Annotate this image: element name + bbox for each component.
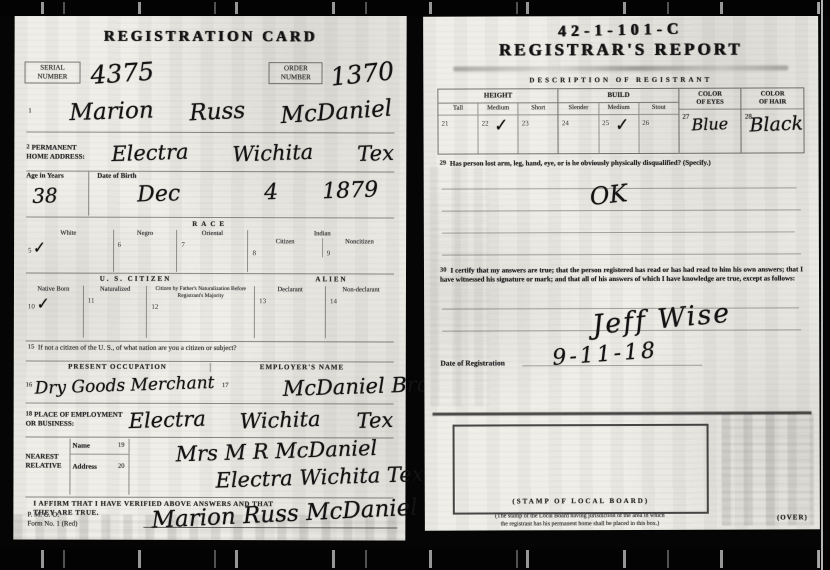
- build-medium-label: Medium: [599, 103, 638, 115]
- race-col-white: White 5 ✓: [24, 230, 113, 272]
- relative-label-line2: RELATIVE: [25, 461, 61, 469]
- registration-card-title: REGISTRATION CARD: [15, 28, 407, 46]
- employer-value: McDaniel Bros: [282, 372, 440, 401]
- item30-row: 30 I certify that my answers are true; t…: [440, 265, 803, 284]
- race-citizen-number: 8: [252, 249, 256, 257]
- hair-header: COLOR OF HAIR: [742, 88, 804, 109]
- answer-line: [442, 209, 801, 211]
- ruled-line: [26, 132, 394, 134]
- employment-label: 18PLACE OF EMPLOYMENT OR BUSINESS:: [26, 411, 123, 429]
- stamp-caption-line2: the registrant has his permanent home sh…: [501, 520, 660, 527]
- address-state: Tex: [357, 141, 394, 166]
- relative-name-label: Name: [73, 442, 91, 450]
- form-footer: P. M. G. O. Form No. 1 (Red): [27, 511, 77, 529]
- registration-card: REGISTRATION CARD SERIAL NUMBER 4375 ORD…: [13, 10, 406, 540]
- employer-number: 17: [222, 382, 229, 390]
- age-label: Age in Years: [26, 172, 88, 181]
- faded-print-smudge: [453, 65, 788, 71]
- race-col-oriental: Oriental 7: [176, 230, 247, 272]
- relative-values: Mrs M R McDaniel Electra Wichita Tex: [129, 439, 393, 496]
- date-of-registration-label: Date of Registration: [440, 358, 505, 368]
- description-header: DESCRIPTION OF REGISTRANT: [423, 75, 818, 85]
- employment-number: 18: [26, 411, 33, 418]
- citizen-col-native: Native Born 10 ✓: [24, 286, 83, 338]
- race-citizen-label: Citizen: [248, 238, 321, 246]
- race-col-citizen: Citizen 8: [248, 238, 322, 257]
- employment-county: Wichita: [240, 407, 322, 434]
- build-medium-cell: Medium 25 ✓: [599, 103, 639, 153]
- height-short-cell: Short 23: [519, 103, 558, 153]
- item29-number: 29: [440, 160, 447, 167]
- relative-name-sublabel: Name 19: [71, 439, 129, 455]
- item15-number: 15: [28, 344, 35, 351]
- address-county: Wichita: [232, 140, 314, 167]
- dob-month: Dec: [137, 181, 181, 207]
- address-label-text: PERMANENT HOME ADDRESS:: [26, 144, 85, 161]
- checkmark-icon: ✓: [615, 116, 629, 134]
- serial-label-line1: SERIAL: [40, 64, 65, 72]
- answer-line: [442, 231, 795, 233]
- occupation-value: Dry Goods Merchant: [34, 373, 214, 399]
- item15-text: If not a citizen of the U. S., of what n…: [38, 344, 236, 353]
- checkmark-icon: ✓: [33, 240, 46, 257]
- height-tall-cell: Tall 21: [438, 103, 478, 153]
- ruled-line: [26, 217, 394, 219]
- race-oriental-label: Oriental: [177, 230, 247, 238]
- tall-label: Tall: [438, 103, 477, 115]
- age-dob-row: Age in Years 38 Date of Birth Dec 4 1879: [14, 171, 406, 216]
- eyes-header-line1: COLOR: [698, 91, 722, 98]
- employment-row: 18PLACE OF EMPLOYMENT OR BUSINESS: Elect…: [14, 404, 406, 435]
- relative-address-number: 20: [118, 463, 125, 471]
- order-label-line2: NUMBER: [281, 73, 311, 81]
- home-address-row: 2PERMANENT HOME ADDRESS: Electra Wichita…: [14, 134, 406, 171]
- citizen-col-father: Citizen by Father's Naturalization Befor…: [146, 286, 254, 338]
- hair-value-cell: 28 Black: [742, 110, 804, 153]
- hair-header-line2: OF HAIR: [759, 99, 786, 106]
- race-header: RACE: [14, 219, 406, 229]
- height-medium-number: 22: [482, 119, 489, 127]
- occupation-number: 16: [26, 381, 33, 389]
- order-number-value: 1370: [330, 56, 396, 91]
- occupation-employer-values: 16 Dry Goods Merchant 17 McDaniel Bros: [26, 371, 394, 402]
- native-born-label: Native Born: [24, 286, 83, 294]
- citizen-col-nondeclarant: Non-declarant 14: [325, 286, 396, 338]
- scan-noise-patch: [721, 413, 813, 525]
- answer-line: [442, 253, 801, 255]
- heavy-divider-line: [432, 411, 811, 415]
- stout-number: 26: [642, 119, 649, 127]
- checkmark-icon: ✓: [494, 116, 508, 134]
- over-label: (OVER): [777, 513, 808, 522]
- build-stout-cell: Stout 26: [639, 103, 678, 153]
- race-white-number: 5: [28, 247, 32, 255]
- race-table: White 5 ✓ Negro 6 Oriental 7 Indian Citi…: [24, 230, 396, 273]
- employment-city: Electra: [128, 407, 206, 433]
- hair-value: Black: [750, 113, 804, 137]
- local-board-stamp-box: (STAMP OF LOCAL BOARD): [453, 424, 709, 515]
- registrars-report-title: REGISTRAR'S REPORT: [423, 39, 818, 60]
- film-edge-line: [821, 0, 823, 570]
- name-first: Marion: [69, 97, 154, 126]
- date-of-registration-value: 9-11-18: [552, 338, 659, 371]
- serial-label-line2: NUMBER: [38, 73, 68, 81]
- race-negro-label: Negro: [114, 230, 177, 238]
- relative-name-number: 19: [118, 442, 125, 450]
- form-footer-line2: Form No. 1 (Red): [27, 519, 77, 527]
- eyes-header: COLOR OF EYES: [679, 89, 741, 110]
- serial-number-label: SERIAL NUMBER: [25, 62, 81, 84]
- build-slender-cell: Slender 24: [559, 103, 599, 153]
- item30-number: 30: [440, 267, 447, 274]
- relative-addr-sublabel: Address 20: [70, 454, 128, 471]
- item29-text: Has person lost arm, leg, hand, eye, or …: [450, 159, 711, 168]
- item15-row: 15 If not a citizen of the U. S., of wha…: [28, 344, 392, 354]
- home-address-label: 2PERMANENT HOME ADDRESS:: [26, 144, 93, 162]
- relative-sublabels: Name 19 Address 20: [69, 439, 129, 495]
- film-edge-marks: [0, 550, 830, 568]
- relative-address-value: Electra Wichita Tex: [215, 462, 424, 493]
- citizen-father-label: Citizen by Father's Naturalization Befor…: [147, 286, 254, 300]
- employment-state: Tex: [357, 408, 394, 433]
- hair-group: COLOR OF HAIR 28 Black: [742, 88, 804, 152]
- citizen-father-number: 12: [151, 303, 158, 311]
- age-cell: Age in Years 38: [26, 172, 89, 216]
- registrar-signature: Jeff Wise: [591, 298, 732, 341]
- height-header: HEIGHT: [438, 89, 558, 103]
- race-col-negro: Negro 6: [113, 230, 177, 272]
- eyes-value: Blue: [691, 114, 728, 134]
- build-group: BUILD Slender 24 Medium 25 ✓ Stout 26: [559, 89, 680, 153]
- film-edge-marks: [0, 2, 830, 14]
- alien-header: ALIEN: [257, 275, 406, 284]
- dob-cell: Date of Birth Dec 4 1879: [89, 172, 394, 217]
- build-medium-number: 25: [602, 119, 609, 127]
- declarant-number: 13: [259, 297, 266, 305]
- citizen-col-naturalized: Naturalized 11: [83, 286, 147, 338]
- height-group: HEIGHT Tall 21 Medium 22 ✓ Short 23: [438, 89, 559, 153]
- order-number-label: ORDER NUMBER: [269, 62, 323, 84]
- race-noncitizen-label: Noncitizen: [323, 238, 396, 246]
- nondeclarant-number: 14: [330, 297, 337, 305]
- citizen-table: Native Born 10 ✓ Naturalized 11 Citizen …: [24, 286, 396, 339]
- height-medium-label: Medium: [479, 103, 518, 115]
- nondeclarant-label: Non-declarant: [326, 286, 396, 294]
- native-born-number: 10: [28, 303, 35, 311]
- short-number: 23: [522, 119, 529, 127]
- race-noncitizen-number: 9: [327, 250, 331, 258]
- item29-row: 29 Has person lost arm, leg, hand, eye, …: [440, 158, 803, 168]
- microfilm-scan: REGISTRATION CARD SERIAL NUMBER 4375 ORD…: [0, 0, 830, 570]
- slender-number: 24: [562, 119, 569, 127]
- description-table: HEIGHT Tall 21 Medium 22 ✓ Short 23: [437, 87, 804, 154]
- stamp-caption-line1: (The stamp of the Local Board having jur…: [495, 513, 665, 520]
- nearest-relative-label: NEAREST RELATIVE: [25, 439, 69, 495]
- address-item-number: 2: [26, 144, 29, 151]
- race-negro-number: 6: [118, 241, 122, 249]
- stamp-box-caption: (The stamp of the Local Board having jur…: [449, 513, 711, 529]
- age-value: 38: [32, 183, 58, 208]
- race-white-label: White: [24, 230, 113, 238]
- dob-year: 1879: [322, 177, 379, 204]
- eyes-group: COLOR OF EYES 27 Blue: [679, 89, 742, 153]
- nearest-relative-block: NEAREST RELATIVE Name 19 Address 20 Mrs …: [25, 439, 393, 496]
- scan-noise-patch: [430, 166, 491, 406]
- item30-text: I certify that my answers are true; that…: [440, 265, 803, 283]
- stout-label: Stout: [639, 103, 678, 115]
- ruled-line: [26, 341, 394, 343]
- citizen-alien-header: U. S. CITIZEN ALIEN: [14, 274, 406, 284]
- employment-label-text: PLACE OF EMPLOYMENT OR BUSINESS:: [26, 411, 123, 428]
- address-city: Electra: [111, 140, 189, 166]
- eyes-header-line2: OF EYES: [696, 99, 723, 106]
- dob-day: 4: [264, 180, 279, 205]
- name-row: 1 Marion Russ McDaniel: [14, 94, 406, 129]
- name-middle: Russ: [189, 98, 246, 127]
- relative-label-line1: NEAREST: [26, 453, 59, 461]
- declarant-label: Declarant: [255, 286, 325, 294]
- hair-header-line1: COLOR: [761, 90, 785, 97]
- serial-number-value: 4375: [90, 56, 155, 89]
- height-medium-cell: Medium 22 ✓: [479, 103, 519, 153]
- film-edge-bottom: [0, 548, 830, 570]
- us-citizen-header: U. S. CITIZEN: [14, 274, 257, 283]
- item29-answer: OK: [588, 179, 628, 211]
- stamp-box-label: (STAMP OF LOCAL BOARD): [455, 497, 707, 507]
- eyes-number: 27: [682, 113, 689, 122]
- race-oriental-number: 7: [181, 241, 185, 249]
- eyes-value-cell: 27 Blue: [679, 110, 741, 153]
- form-footer-line1: P. M. G. O.: [27, 511, 59, 519]
- name-last: McDaniel: [280, 96, 393, 129]
- naturalized-label: Naturalized: [84, 286, 147, 294]
- race-col-noncitizen: Noncitizen 9: [323, 238, 396, 257]
- serial-order-row: SERIAL NUMBER 4375 ORDER NUMBER 1370: [14, 54, 406, 91]
- name-item-number: 1: [28, 107, 31, 115]
- citizen-col-declarant: Declarant 13: [254, 286, 325, 338]
- relative-address-label: Address: [72, 462, 96, 470]
- film-edge-top: [0, 0, 830, 16]
- tall-number: 21: [441, 119, 448, 127]
- checkmark-icon: ✓: [36, 296, 49, 313]
- race-indian-subcols: Citizen 8 Noncitizen 9: [248, 238, 396, 258]
- race-col-indian-group: Indian Citizen 8 Noncitizen 9: [247, 230, 396, 272]
- relative-name-value: Mrs M R McDaniel: [175, 436, 377, 466]
- slender-label: Slender: [559, 103, 598, 115]
- naturalized-number: 11: [88, 297, 95, 305]
- short-label: Short: [519, 103, 558, 115]
- order-label-line1: ORDER: [284, 64, 308, 72]
- registrars-report-card: 42-1-101-C REGISTRAR'S REPORT DESCRIPTIO…: [423, 15, 820, 530]
- build-header: BUILD: [559, 89, 679, 103]
